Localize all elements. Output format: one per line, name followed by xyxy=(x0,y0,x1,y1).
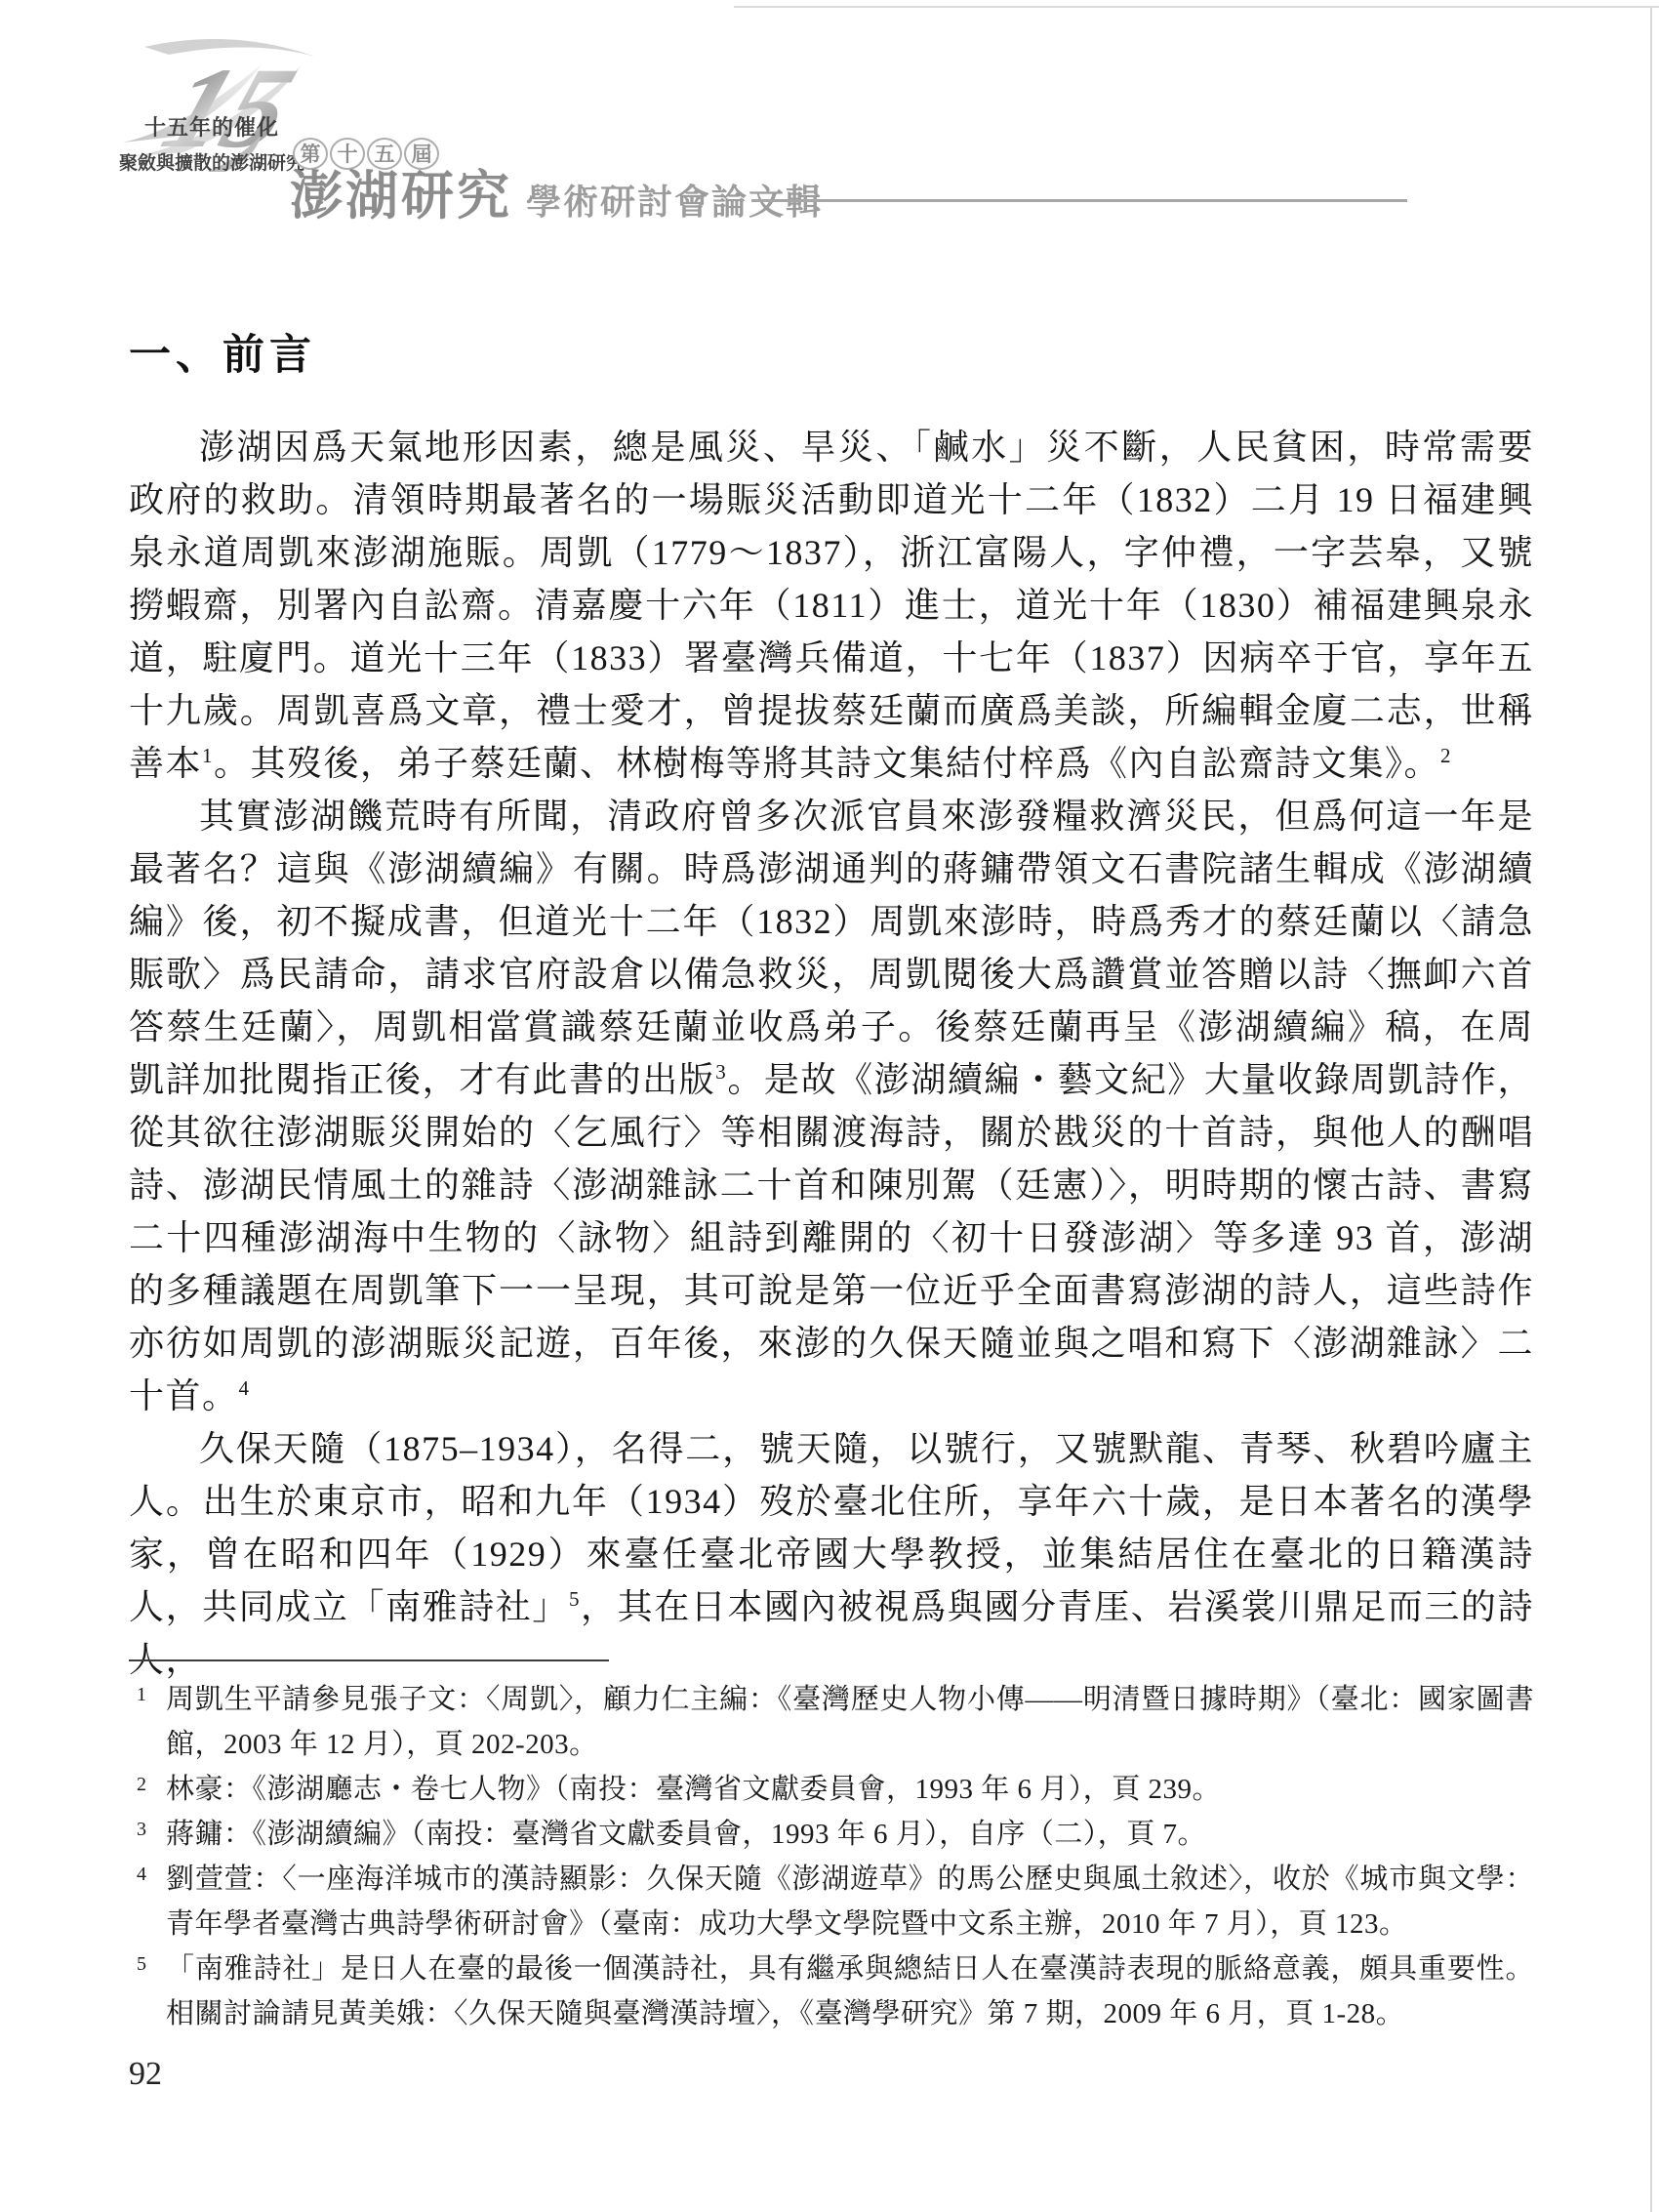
footnote-ref: 4 xyxy=(239,1376,251,1400)
paragraph: 澎湖因爲天氣地形因素，總是風災、旱災、「鹹水」災不斷，人民貧困，時常需要政府的救… xyxy=(129,421,1534,790)
footnote: 2林豪：《澎湖廳志・卷七人物》（南投：臺灣省文獻委員會，1993 年 6 月），… xyxy=(129,1767,1534,1812)
footnotes-list: 1周凱生平請參見張子文：〈周凱〉，顧力仁主編：《臺灣歷史人物小傳——明清暨日據時… xyxy=(129,1677,1534,2036)
footnote-text: 劉萱萱：〈一座海洋城市的漢詩顯影：久保天隨《澎湖遊草》的馬公歷史與風土敘述〉，收… xyxy=(166,1864,1534,1940)
footnote-text: 「南雅詩社」是日人在臺的最後一個漢詩社，具有繼承與總結日人在臺漢詩表現的脈絡意義… xyxy=(166,1953,1534,2029)
title-subtitle: 學術研討會論文輯 xyxy=(526,183,823,222)
footnote-number: 5 xyxy=(137,1942,147,1987)
footnote-number: 2 xyxy=(137,1762,147,1807)
footnote-number: 1 xyxy=(137,1672,147,1717)
paragraph: 其實澎湖饑荒時有所聞，清政府曾多次派官員來澎發糧救濟災民，但爲何這一年是最著名？… xyxy=(129,790,1534,1422)
logo-tagline-1: 十五年的催化 xyxy=(101,111,322,142)
proceedings-title: 澎湖研究學術研討會論文輯 xyxy=(290,154,823,229)
title-main: 澎湖研究 xyxy=(290,167,512,225)
header-rule xyxy=(751,199,1407,202)
section-heading: 一、前言 xyxy=(129,322,1534,382)
footnote: 1周凱生平請參見張子文：〈周凱〉，顧力仁主編：《臺灣歷史人物小傳——明清暨日據時… xyxy=(129,1677,1534,1767)
footnote-ref: 5 xyxy=(569,1587,581,1611)
footnote-separator xyxy=(129,1659,609,1661)
footnote-ref: 2 xyxy=(1440,744,1452,767)
page-edge-right xyxy=(1650,6,1652,2212)
footnote: 4劉萱萱：〈一座海洋城市的漢詩顯影：久保天隨《澎湖遊草》的馬公歷史與風土敘述〉，… xyxy=(129,1857,1534,1946)
article-body: 一、前言 澎湖因爲天氣地形因素，總是風災、旱災、「鹹水」災不斷，人民貧困，時常需… xyxy=(129,322,1534,1686)
page-number: 92 xyxy=(129,2056,162,2093)
paragraphs: 澎湖因爲天氣地形因素，總是風災、旱災、「鹹水」災不斷，人民貧困，時常需要政府的救… xyxy=(129,421,1534,1686)
footnote-text: 蔣鏞：《澎湖續編》（南投：臺灣省文獻委員會，1993 年 6 月），自序（二），… xyxy=(166,1819,1206,1850)
footnote-number: 3 xyxy=(137,1807,147,1852)
footnote-text: 林豪：《澎湖廳志・卷七人物》（南投：臺灣省文獻委員會，1993 年 6 月），頁… xyxy=(166,1774,1221,1805)
footnote-number: 4 xyxy=(137,1852,147,1897)
footnote-ref: 3 xyxy=(715,1060,727,1084)
paragraph: 久保天隨（1875–1934），名得二，號天隨，以號行，又號默龍、青琴、秋碧吟廬… xyxy=(129,1422,1534,1686)
footnotes: 1周凱生平請參見張子文：〈周凱〉，顧力仁主編：《臺灣歷史人物小傳——明清暨日據時… xyxy=(129,1659,1534,2036)
footnote-text: 周凱生平請參見張子文：〈周凱〉，顧力仁主編：《臺灣歷史人物小傳——明清暨日據時期… xyxy=(166,1684,1534,1760)
footnote: 5「南雅詩社」是日人在臺的最後一個漢詩社，具有繼承與總結日人在臺漢詩表現的脈絡意… xyxy=(129,1946,1534,2036)
page-edge-top xyxy=(734,6,1659,8)
footnote: 3蔣鏞：《澎湖續編》（南投：臺灣省文獻委員會，1993 年 6 月），自序（二）… xyxy=(129,1812,1534,1857)
footnote-ref: 1 xyxy=(202,744,214,767)
